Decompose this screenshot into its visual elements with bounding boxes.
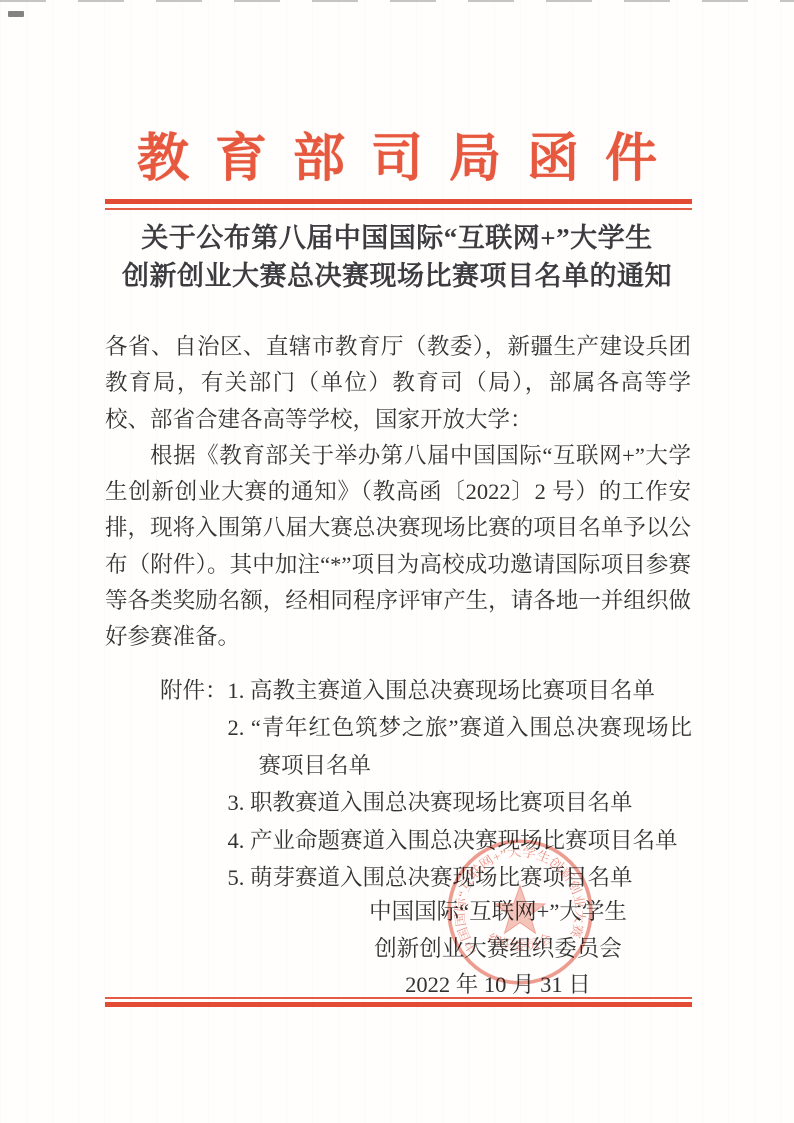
letter-page: 教育部司局函件 关于公布第八届中国国际“互联网+”大学生 创新创业大赛总决赛现场…	[0, 0, 794, 1123]
header-rule-thin	[105, 208, 692, 210]
footer-rule-thick	[105, 1002, 692, 1007]
body-paragraph: 根据《教育部关于举办第八届中国国际“互联网+”大学生创新创业大赛的通知》（教高函…	[105, 438, 691, 656]
letterhead-title: 教育部司局函件	[0, 116, 794, 191]
document-title-line1: 关于公布第八届中国国际“互联网+”大学生	[60, 219, 734, 257]
document-title: 关于公布第八届中国国际“互联网+”大学生 创新创业大赛总决赛现场比赛项目名单的通…	[60, 219, 734, 295]
document-title-line2: 创新创业大赛总决赛现场比赛项目名单的通知	[60, 257, 734, 295]
signature-org-line2: 创新创业大赛组织委员会	[260, 931, 736, 968]
attachments-section: 附件： 1. 高教主赛道入围总决赛现场比赛项目名单 2. “青年红色筑梦之旅”赛…	[160, 672, 692, 896]
signature-block: 中国国际“互联网+”大学生 创新创业大赛组织委员会 2022 年 10 月 31…	[260, 894, 736, 1004]
attachment-item: 5. 萌芽赛道入围总决赛现场比赛项目名单	[228, 859, 692, 896]
attachment-item: 1. 高教主赛道入围总决赛现场比赛项目名单	[228, 672, 692, 709]
attachments-label: 附件：	[160, 672, 228, 709]
scan-edge-artifact	[0, 0, 794, 2]
letter-body: 各省、自治区、直辖市教育厅（教委），新疆生产建设兵团教育局，有关部门（单位）教育…	[105, 329, 691, 656]
attachments-list: 1. 高教主赛道入围总决赛现场比赛项目名单 2. “青年红色筑梦之旅”赛道入围总…	[228, 672, 692, 896]
attachment-item: 4. 产业命题赛道入围总决赛现场比赛项目名单	[228, 822, 692, 859]
attachment-item: 3. 职教赛道入围总决赛现场比赛项目名单	[228, 784, 692, 821]
salutation: 各省、自治区、直辖市教育厅（教委），新疆生产建设兵团教育局，有关部门（单位）教育…	[105, 329, 691, 438]
signature-org-line1: 中国国际“互联网+”大学生	[260, 894, 736, 931]
footer-rule-thin	[105, 997, 692, 999]
attachment-item: 2. “青年红色筑梦之旅”赛道入围总决赛现场比赛项目名单	[228, 709, 692, 784]
corner-scan-mark	[8, 11, 24, 17]
header-rule-thick	[105, 199, 692, 204]
